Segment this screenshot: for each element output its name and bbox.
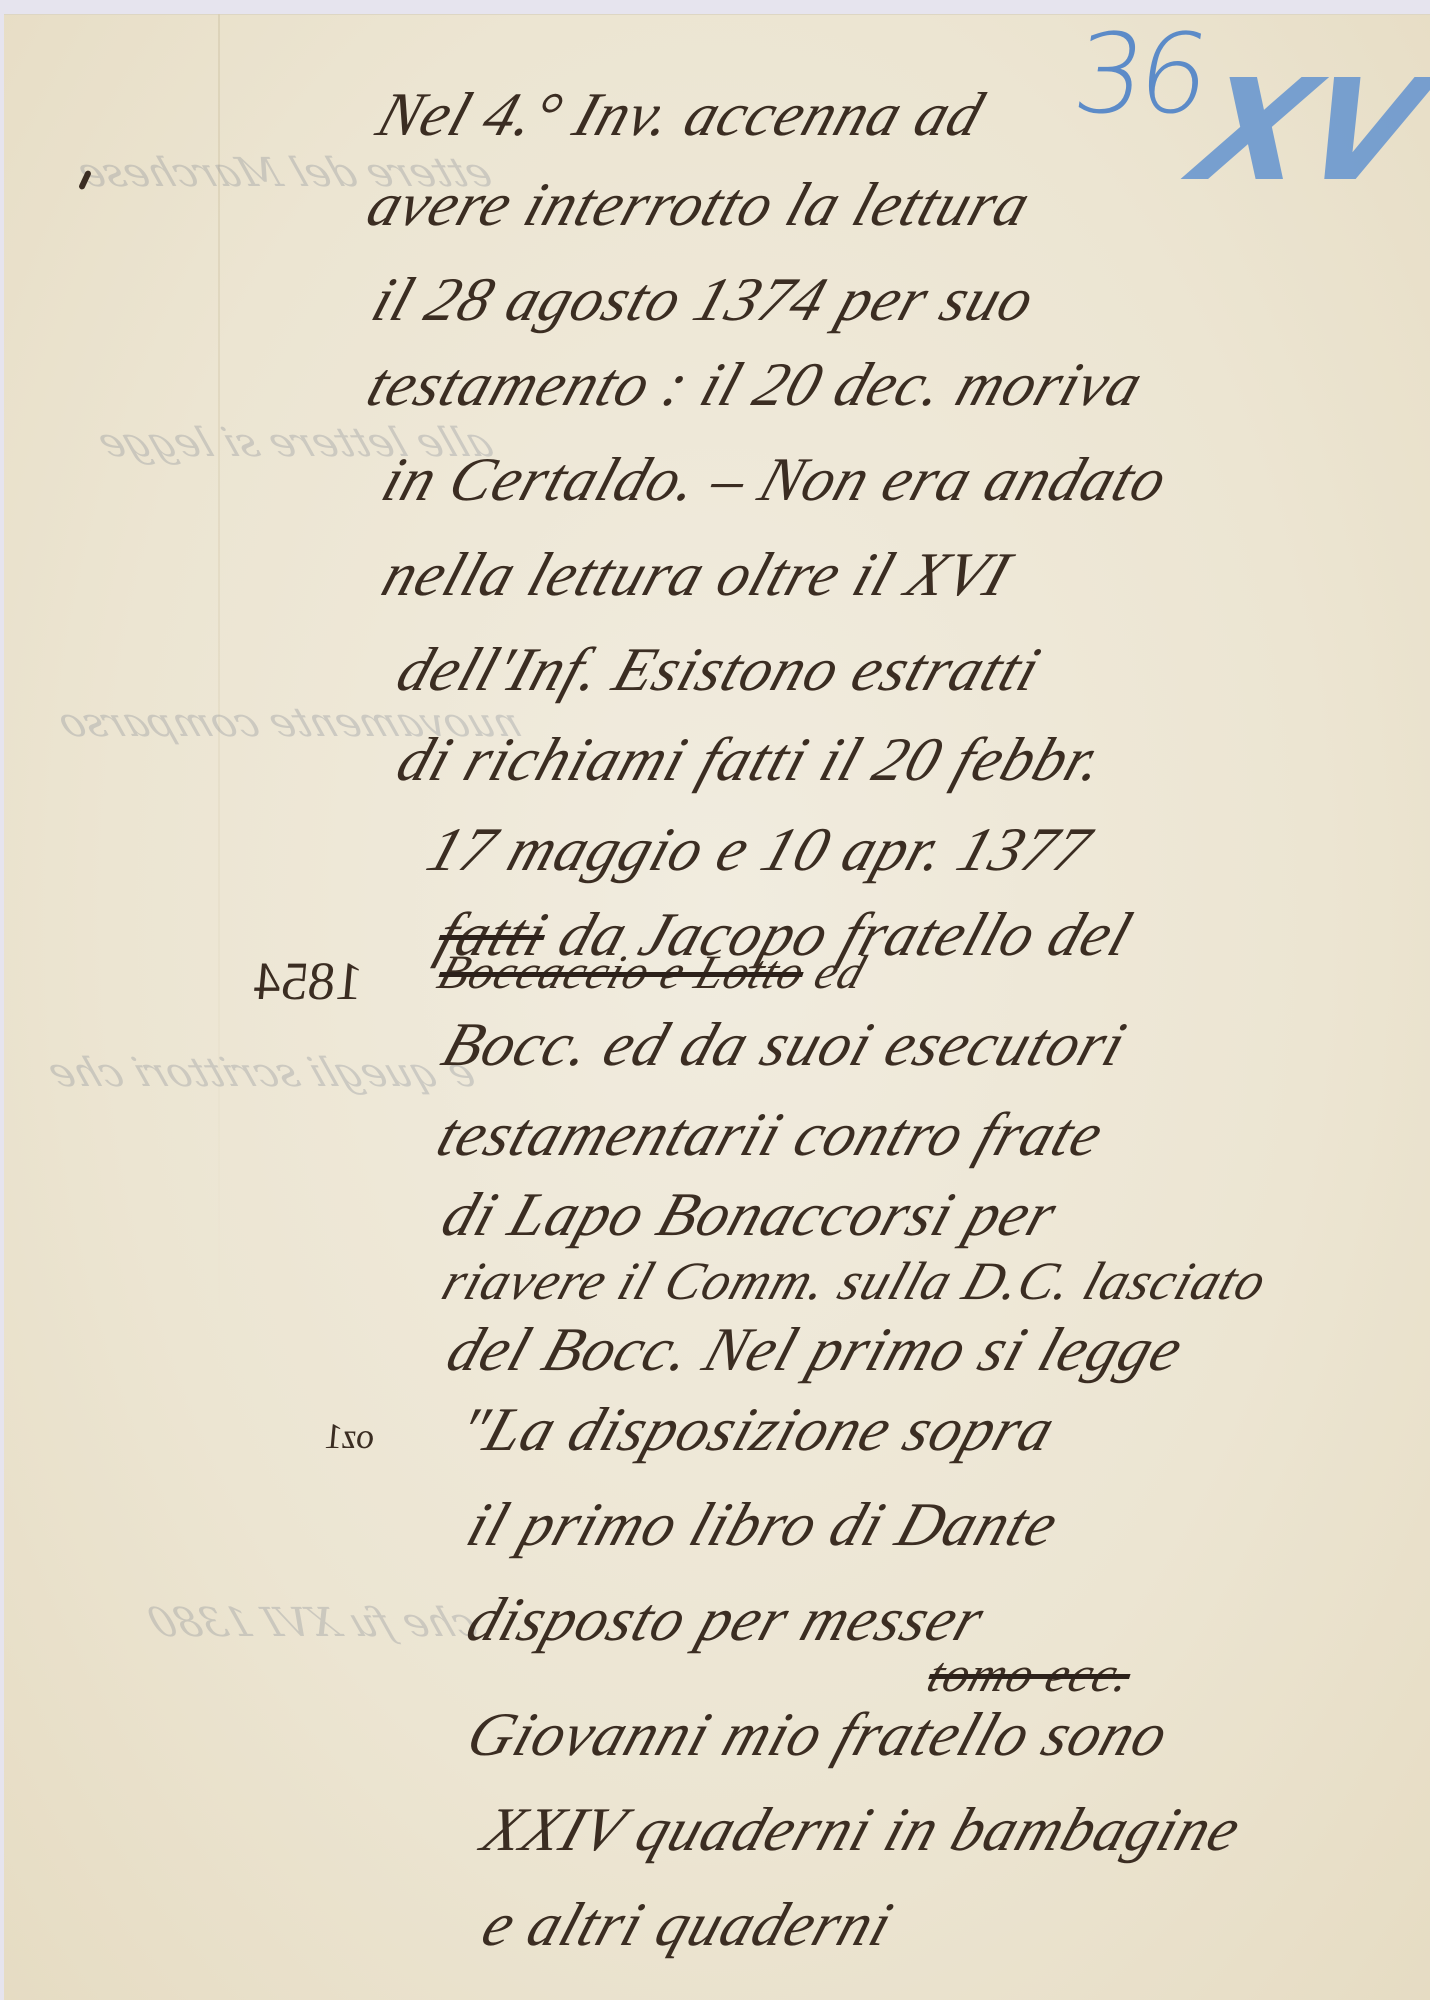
struck-text: Boccaccio e Lotto (431, 946, 812, 999)
line-text: di Dante (805, 1491, 1067, 1559)
manuscript-line: tomo ecc. (921, 1645, 1140, 1703)
manuscript-line: di Lapo Bonaccorsi per (433, 1180, 1065, 1251)
paper-fold-line (218, 14, 220, 1314)
manuscript-line: disposto per messer (458, 1585, 993, 1656)
manuscript-line: di richiami fatti il 20 febbr. (388, 725, 1113, 796)
bleed-through-text: che fu XVI 1380 (142, 1600, 484, 1646)
line-text: il primo libro (459, 1491, 827, 1559)
folio-number: 36 (1066, 10, 1212, 138)
manuscript-line: 17 maggio e 10 apr. 1377 (418, 815, 1099, 886)
manuscript-line: in Certaldo. – Non era andato (373, 445, 1176, 516)
manuscript-line: avere interrotto la lettura (358, 170, 1039, 241)
manuscript-line: del Bocc. Nel primo si legge (438, 1315, 1192, 1386)
manuscript-line: dell'Inf. Esistono estratti (388, 635, 1049, 706)
manuscript-line: testamento : il 20 dec. moriva (358, 350, 1151, 421)
manuscript-line: nella lettura oltre il XVI (373, 540, 1019, 611)
line-text: di Lapo Bonaccorsi (434, 1181, 963, 1249)
manuscript-line: Giovanni mio fratello sono (458, 1700, 1177, 1771)
manuscript-line: il primo libro di Dante (458, 1490, 1067, 1561)
bleed-through-text: e quegli scrittori che (42, 1050, 482, 1096)
manuscript-line: e altri quaderni (473, 1890, 901, 1961)
manuscript-line: Boccaccio e Lotto ed (431, 945, 873, 1000)
struck-text: tomo ecc. (921, 1646, 1140, 1702)
manuscript-line: testamentarii contro frate (428, 1100, 1112, 1171)
manuscript-line: il 28 agosto 1374 per suo (363, 265, 1043, 336)
margin-note-year: 1854 (247, 950, 372, 1012)
manuscript-line: Nel 4.° Inv. accenna ad (368, 80, 992, 151)
manuscript-line: XXIV quaderni in bambagine (473, 1795, 1249, 1866)
manuscript-line: Bocc. ed da suoi esecutori (433, 1010, 1135, 1081)
manuscript-line: "La disposizione sopra (448, 1395, 1063, 1466)
manuscript-line: riavere il Comm. sulla D.C. lasciato (435, 1250, 1275, 1312)
